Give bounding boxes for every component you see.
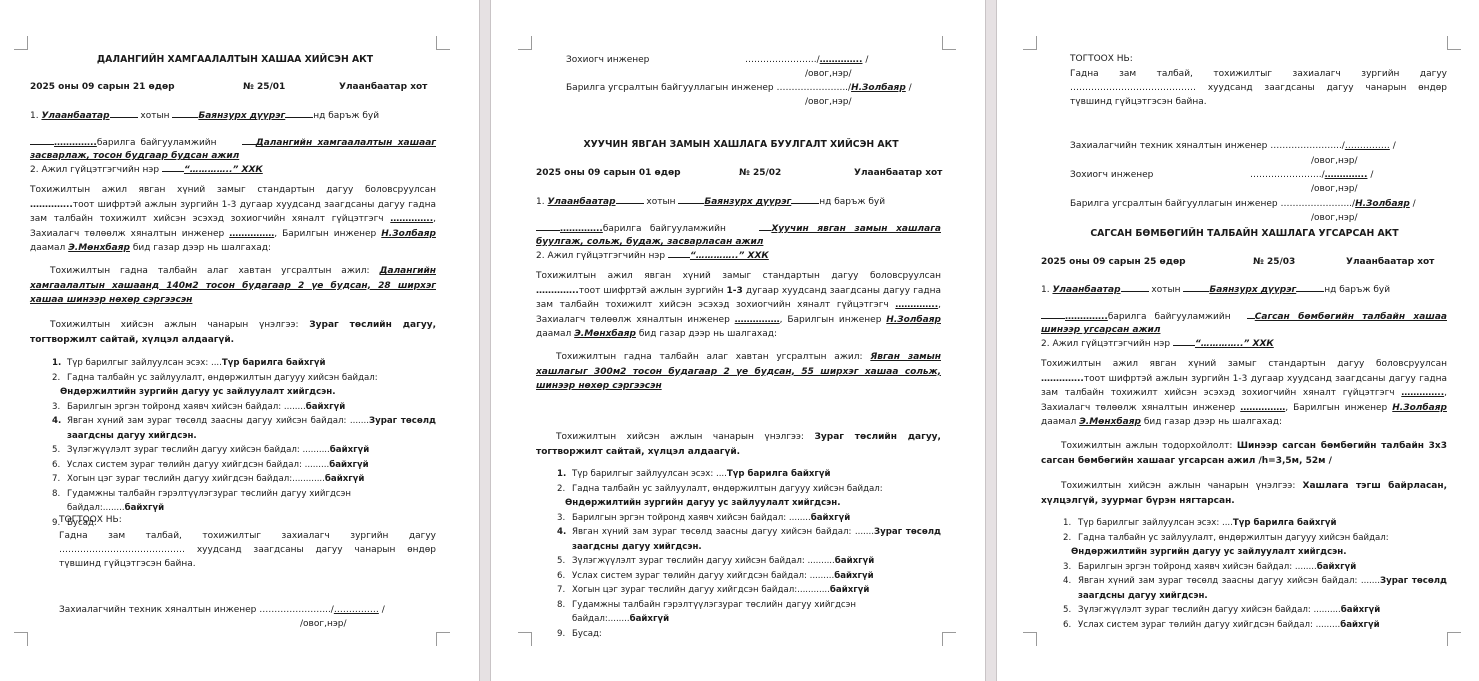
resolve-label: ТОГТООХ НЬ: bbox=[59, 514, 122, 527]
checklist-item: 6.Услах систем зураг төлийн дагуу хийгдс… bbox=[1063, 618, 1447, 633]
checklist-item-sub: Өндөржилтийн зургийн дагуу ус зайлуулалт… bbox=[557, 496, 941, 511]
page-corner-mark bbox=[518, 36, 532, 50]
signature-designer: Зохиогч инженер bbox=[566, 54, 649, 67]
checklist-item: 3.Барилгын эргэн тойронд хаявч хийсэн ба… bbox=[557, 511, 941, 526]
work-name-line: …………..барилга байгууламжийн Далангийн ха… bbox=[30, 135, 436, 163]
intro-paragraph: Тохижилтын ажил явган хүний замыг станда… bbox=[30, 183, 436, 256]
signature-hint: /овог,нэр/ bbox=[805, 96, 852, 109]
act-title: ХУУЧИН ЯВГАН ЗАМЫН ХАШЛАГА БУУЛГАЛТ ХИЙС… bbox=[531, 138, 951, 151]
work-name-line: …………..барилга байгууламжийн Сагсан бөмбө… bbox=[1041, 309, 1447, 337]
signature-hint: /овог,нэр/ bbox=[805, 68, 852, 81]
signature-hint: /овог,нэр/ bbox=[300, 618, 347, 631]
contractor-name: “…………..” ХХК bbox=[184, 165, 263, 175]
signature-hint: /овог,нэр/ bbox=[1311, 183, 1358, 196]
act-number: № 25/03 bbox=[1253, 256, 1295, 269]
checklist-item: 5.Зүлэгжүүлэлт зураг төслийн дагуу хийсэ… bbox=[1063, 603, 1447, 618]
checklist-item: 3.Барилгын эргэн тойронд хаявч хийсэн ба… bbox=[52, 400, 436, 415]
checklist-item: 1.Түр барилгыг зайлуулсан эсэх: ....Түр … bbox=[1063, 516, 1447, 531]
resolve-text: Гадна зам талбай, тохижилтыг захиалагч з… bbox=[1070, 67, 1447, 109]
checklist-item: 8.Гудамжны талбайн гэрэлтүүлэгзураг төсл… bbox=[557, 598, 941, 627]
signature-designer-line: ………………….../………….. / bbox=[1250, 169, 1373, 182]
signature-client: Захиалагчийн техник хяналтын инженер ………… bbox=[59, 604, 385, 617]
contractor-line: 2. Ажил гүйцэтгэгчийн нэр “…………..” ХХК bbox=[536, 248, 769, 263]
quality-assessment: Тохижилтын хийсэн ажлын чанарын үнэлгээ:… bbox=[30, 318, 436, 347]
checklist: 1.Түр барилгыг зайлуулсан эсэх: ....Түр … bbox=[1063, 516, 1447, 632]
signature-builder: Барилга угсралтын байгууллагын инженер …… bbox=[566, 82, 912, 95]
page-corner-mark bbox=[436, 632, 450, 646]
checklist-item: 7.Хогын цэг зураг төслийн дагуу хийгдсэн… bbox=[557, 583, 941, 598]
checklist-item: 8.Гудамжны талбайн гэрэлтүүлэгзураг төсл… bbox=[52, 487, 436, 516]
page-gap bbox=[479, 0, 491, 681]
intro-paragraph: Тохижилтын ажил явган хүний замыг станда… bbox=[536, 269, 941, 342]
checklist-item: 7.Хогын цэг зураг төслийн дагуу хийгдсэн… bbox=[52, 472, 436, 487]
page-corner-mark bbox=[518, 632, 532, 646]
checklist-item: 9.Бусад: bbox=[557, 627, 941, 642]
page-corner-mark bbox=[942, 36, 956, 50]
checklist-item: 5.Зүлэгжүүлэлт зураг төслийн дагуу хийсэ… bbox=[557, 554, 941, 569]
act-city: Улаанбаатар хот bbox=[854, 167, 942, 180]
checklist-item: 4.Явган хүний зам зураг төсөлд заасны да… bbox=[1063, 574, 1447, 603]
act-number: № 25/01 bbox=[243, 81, 285, 94]
page-corner-mark bbox=[1023, 632, 1037, 646]
checklist-item: 3.Барилгын эргэн тойронд хаявч хийсэн ба… bbox=[1063, 560, 1447, 575]
act-date: 2025 оны 09 сарын 21 өдөр bbox=[30, 81, 175, 94]
signature-hint: /овог,нэр/ bbox=[1311, 155, 1358, 168]
page-corner-mark bbox=[14, 632, 28, 646]
act-date: 2025 оны 09 сарын 25 өдөр bbox=[1041, 256, 1186, 269]
resolve-label: ТОГТООХ НЬ: bbox=[1070, 53, 1133, 66]
signature-hint: /овог,нэр/ bbox=[1311, 212, 1358, 225]
work-name-line: …………..барилга байгууламжийн Хуучин явган… bbox=[536, 221, 941, 249]
work-description: Тохижилтын гадна талбайн алаг хавтан угс… bbox=[536, 350, 941, 394]
checklist-item: 1.Түр барилгыг зайлуулсан эсэх: ....Түр … bbox=[52, 356, 436, 371]
checklist: 1.Түр барилгыг зайлуулсан эсэх: ....Түр … bbox=[52, 356, 436, 530]
act-title: ДАЛАНГИЙН ХАМГААЛАЛТЫН ХАШАА ХИЙСЭН АКТ bbox=[30, 53, 440, 66]
document-page-1: ДАЛАНГИЙН ХАМГААЛАЛТЫН ХАШАА ХИЙСЭН АКТ … bbox=[0, 0, 479, 681]
checklist-item: 1.Түр барилгыг зайлуулсан эсэх: ....Түр … bbox=[557, 467, 941, 482]
checklist-item: 2.Гадна талбайн ус зайлуулалт, өндөржилт… bbox=[557, 482, 941, 497]
location-city: Улаанбаатар bbox=[41, 111, 109, 121]
page-corner-mark bbox=[1023, 36, 1037, 50]
checklist-item: 6.Услах систем зураг төлийн дагуу хийгдс… bbox=[557, 569, 941, 584]
signature-builder: Барилга угсралтын байгууллагын инженер …… bbox=[1070, 198, 1416, 211]
checklist-item: 4.Явган хүний зам зураг төсөлд заасны да… bbox=[52, 414, 436, 443]
quality-assessment: Тохижилтын хийсэн ажлын чанарын үнэлгээ:… bbox=[536, 430, 941, 459]
quality-assessment: Тохижилтын хийсэн ажлын чанарын үнэлгээ:… bbox=[1041, 479, 1447, 508]
checklist-item: 2.Гадна талбайн ус зайлуулалт, өндөржилт… bbox=[1063, 531, 1447, 546]
checklist-item-sub: Өндөржилтийн зургийн дагуу ус зайлуулалт… bbox=[52, 385, 436, 400]
checklist: 1.Түр барилгыг зайлуулсан эсэх: ....Түр … bbox=[557, 467, 941, 641]
act-number: № 25/02 bbox=[739, 167, 781, 180]
signature-client: Захиалагчийн техник хяналтын инженер ………… bbox=[1070, 140, 1396, 153]
page-corner-mark bbox=[1447, 632, 1461, 646]
signature-designer-line: ………………….../………….. / bbox=[745, 54, 868, 67]
page-gap bbox=[985, 0, 997, 681]
act-date: 2025 оны 09 сарын 01 өдөр bbox=[536, 167, 681, 180]
page-corner-mark bbox=[942, 632, 956, 646]
work-description: Тохижилтын ажлын тодорхойлолт: Шинээр са… bbox=[1041, 439, 1447, 468]
checklist-item: 2.Гадна талбайн ус зайлуулалт, өндөржилт… bbox=[52, 371, 436, 386]
contractor-line: 2. Ажил гүйцэтгэгчийн нэр “…………..” ХХК bbox=[1041, 336, 1274, 351]
resolve-text: Гадна зам талбай, тохижилтыг захиалагч з… bbox=[59, 529, 436, 571]
page-corner-mark bbox=[14, 36, 28, 50]
act-city: Улаанбаатар хот bbox=[1346, 256, 1434, 269]
document-page-2: Зохиогч инженер ………………….../………….. / /ово… bbox=[491, 0, 985, 681]
page-corner-mark bbox=[1447, 36, 1461, 50]
act-city: Улаанбаатар хот bbox=[339, 81, 427, 94]
work-description: Тохижилтын гадна талбайн алаг хавтан угс… bbox=[30, 264, 436, 308]
checklist-item: 4.Явган хүний зам зураг төсөлд заасны да… bbox=[557, 525, 941, 554]
intro-paragraph: Тохижилтын ажил явган хүний замыг станда… bbox=[1041, 357, 1447, 430]
location-line: 1. Улаанбаатар хотын Баянзурх дүүрэгнд б… bbox=[536, 194, 885, 209]
checklist-item-sub: Өндөржилтийн зургийн дагуу ус зайлуулалт… bbox=[1063, 545, 1447, 560]
page-corner-mark bbox=[436, 36, 450, 50]
location-line: 1. Улаанбаатар хотын Баянзурх дүүрэгнд б… bbox=[1041, 282, 1390, 297]
checklist-item: 6.Услах систем зураг төлийн дагуу хийгдс… bbox=[52, 458, 436, 473]
signature-designer: Зохиогч инженер bbox=[1070, 169, 1153, 182]
location-line: 1. Улаанбаатар хотын Баянзурх дүүрэгнд б… bbox=[30, 108, 379, 123]
document-page-3: ТОГТООХ НЬ: Гадна зам талбай, тохижилтыг… bbox=[997, 0, 1479, 681]
location-district: Баянзурх дүүрэг bbox=[198, 111, 285, 121]
act-title: САГСАН БӨМБӨГИЙН ТАЛБАЙН ХАШЛАГА УГСАРСА… bbox=[1037, 227, 1452, 240]
checklist-item: 5.Зүлэгжүүлэлт зураг төслийн дагуу хийсэ… bbox=[52, 443, 436, 458]
contractor-line: 2. Ажил гүйцэтгэгчийн нэр “…………..” ХХК bbox=[30, 162, 263, 177]
